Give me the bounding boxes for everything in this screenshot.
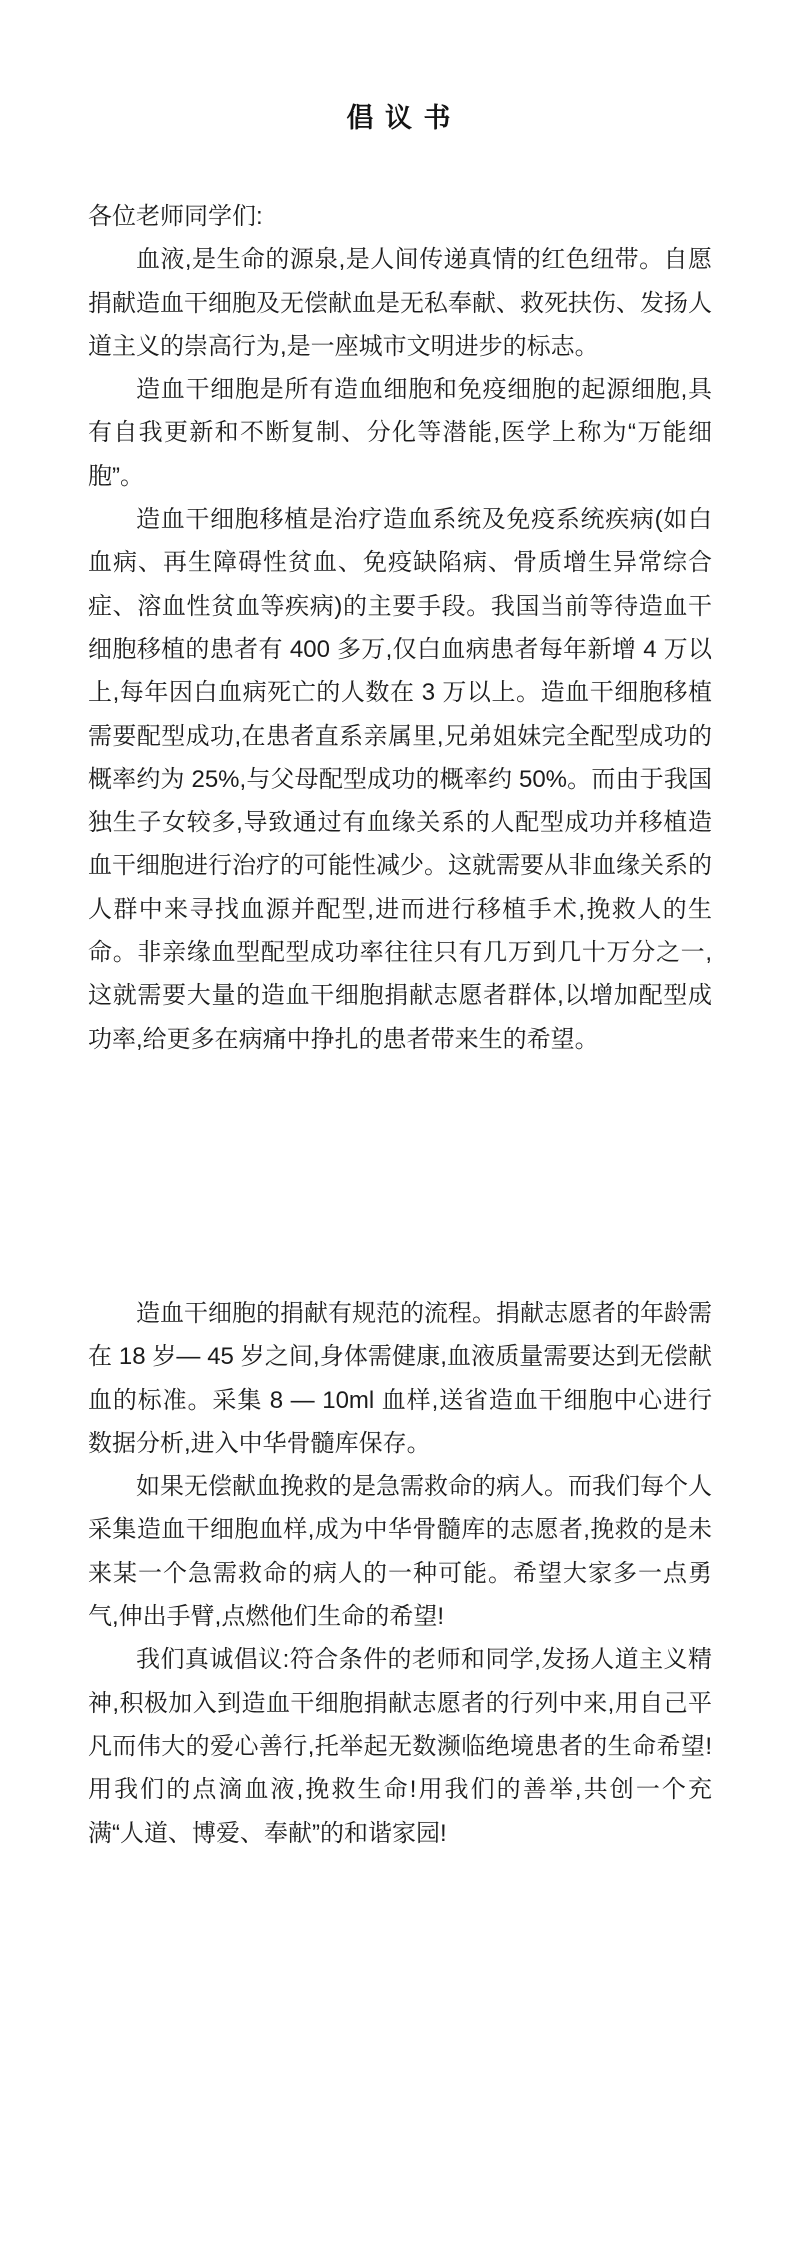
paragraph-intro-blood: 血液,是生命的源泉,是人间传递真情的红色纽带。自愿捐献造血干细胞及无偿献血是无私… <box>88 238 712 368</box>
document-body: 各位老师同学们: 血液,是生命的源泉,是人间传递真情的红色纽带。自愿捐献造血干细… <box>88 195 712 1855</box>
document-page: 倡 议 书 各位老师同学们: 血液,是生命的源泉,是人间传递真情的红色纽带。自愿… <box>0 0 799 2262</box>
paragraph-transplant-statistics: 造血干细胞移植是治疗造血系统及免疫系统疾病(如白血病、再生障碍性贫血、免疫缺陷病… <box>88 498 712 1061</box>
document-title: 倡 议 书 <box>0 0 799 135</box>
paragraph-closing-appeal: 我们真诚倡议:符合条件的老师和同学,发扬人道主义精神,积极加入到造血干细胞捐献志… <box>88 1638 712 1854</box>
paragraph-donation-process: 造血干细胞的捐献有规范的流程。捐献志愿者的年龄需在 18 岁— 45 岁之间,身… <box>88 1292 712 1465</box>
blank-section-gap <box>88 1061 712 1292</box>
salutation: 各位老师同学们: <box>88 195 712 238</box>
paragraph-stem-cell-definition: 造血干细胞是所有造血细胞和免疫细胞的起源细胞,具有自我更新和不断复制、分化等潜能… <box>88 368 712 498</box>
paragraph-volunteer-meaning: 如果无偿献血挽救的是急需救命的病人。而我们每个人采集造血干细胞血样,成为中华骨髓… <box>88 1465 712 1638</box>
